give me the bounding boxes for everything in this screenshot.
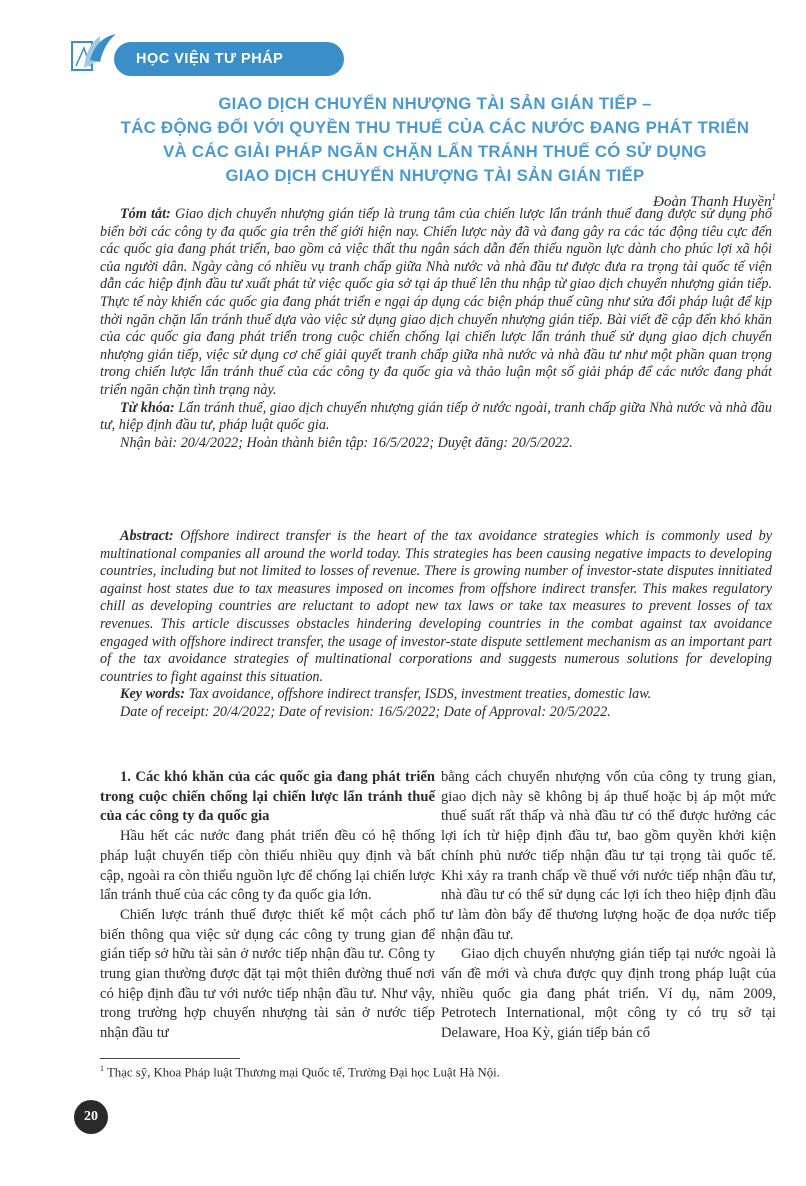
title-line: VÀ CÁC GIẢI PHÁP NGĂN CHẶN LẨN TRÁNH THU… (90, 140, 780, 164)
keywords-label: Từ khóa: (120, 400, 175, 416)
keywords-paragraph: Key words: Tax avoidance, offshore indir… (100, 686, 772, 704)
footnote-mark: 1 (772, 192, 777, 202)
section-heading: 1. Các khó khăn của các quốc gia đang ph… (100, 768, 435, 827)
keywords-text: Tax avoidance, offshore indirect transfe… (185, 686, 651, 702)
footnote-text: Thạc sỹ, Khoa Pháp luật Thương mại Quốc … (104, 1065, 500, 1079)
abstract-text: Giao dịch chuyển nhượng gián tiếp là tru… (100, 206, 772, 398)
journal-name-banner: HỌC VIỆN TƯ PHÁP (114, 42, 344, 76)
abstract-label: Tóm tắt: (120, 206, 171, 222)
title-line: GIAO DỊCH CHUYỂN NHƯỢNG TÀI SẢN GIÁN TIẾ… (90, 164, 780, 188)
footnote-divider (100, 1058, 240, 1059)
dates-line: Nhận bài: 20/4/2022; Hoàn thành biên tập… (100, 435, 772, 453)
keywords-paragraph: Từ khóa: Lẩn tránh thuế, giao dịch chuyể… (100, 400, 772, 435)
title-line: TÁC ĐỘNG ĐỐI VỚI QUYỀN THU THUẾ CỦA CÁC … (90, 116, 780, 140)
abstract-label: Abstract: (120, 528, 174, 544)
abstract-english: Abstract: Offshore indirect transfer is … (100, 528, 772, 722)
body-column-right: bằng cách chuyển nhượng vốn của công ty … (441, 768, 776, 1044)
abstract-vietnamese: Tóm tắt: Giao dịch chuyển nhượng gián ti… (100, 206, 772, 452)
body-column-left: 1. Các khó khăn của các quốc gia đang ph… (100, 768, 435, 1044)
body-paragraph: bằng cách chuyển nhượng vốn của công ty … (441, 768, 776, 945)
page-number: 20 (74, 1100, 108, 1134)
dates-line: Date of receipt: 20/4/2022; Date of revi… (100, 704, 772, 722)
title-line: GIAO DỊCH CHUYỂN NHƯỢNG TÀI SẢN GIÁN TIẾ… (90, 92, 780, 116)
journal-header: HỌC VIỆN TƯ PHÁP (70, 28, 330, 78)
body-paragraph: Giao dịch chuyển nhượng gián tiếp tại nư… (441, 945, 776, 1044)
abstract-paragraph: Tóm tắt: Giao dịch chuyển nhượng gián ti… (100, 206, 772, 400)
keywords-text: Lẩn tránh thuế, giao dịch chuyển nhượng … (100, 400, 772, 434)
abstract-text: Offshore indirect transfer is the heart … (100, 528, 772, 685)
body-paragraph: Hầu hết các nước đang phát triển đều có … (100, 827, 435, 906)
article-title: GIAO DỊCH CHUYỂN NHƯỢNG TÀI SẢN GIÁN TIẾ… (90, 92, 780, 188)
abstract-paragraph: Abstract: Offshore indirect transfer is … (100, 528, 772, 686)
footnote: 1 Thạc sỹ, Khoa Pháp luật Thương mại Quố… (100, 1064, 500, 1080)
institute-logo-icon (70, 30, 120, 74)
keywords-label: Key words: (120, 686, 185, 702)
body-paragraph: Chiến lược tránh thuế được thiết kế một … (100, 906, 435, 1044)
